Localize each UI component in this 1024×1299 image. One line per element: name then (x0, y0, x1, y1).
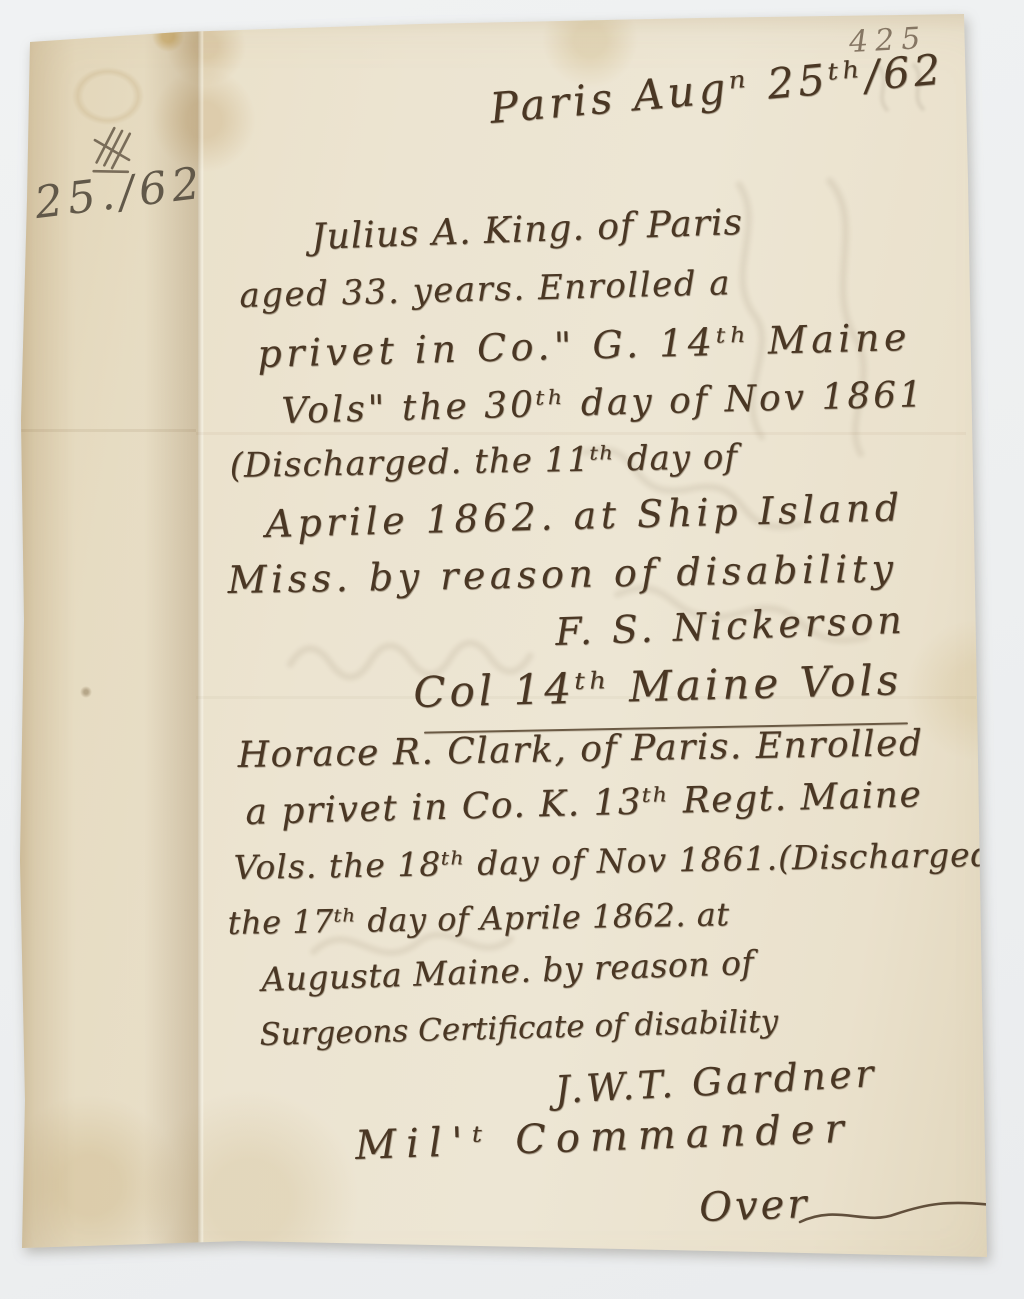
signature-title-col-14th: Col 14ᵗʰ Maine Vols (413, 657, 903, 716)
letter-line: Julius A. King. of Paris (311, 203, 744, 258)
letter-line: the 17ᵗʰ day of Aprile 1862. at (227, 897, 730, 941)
scan-background: 425 y 25./62 Paris Augⁿ 25ᵗʰ/62 Julius A… (0, 0, 1024, 1299)
footer-flourish (798, 1192, 996, 1232)
horizontal-crease-left (20, 429, 196, 432)
footer-over: Over (698, 1182, 810, 1230)
letter-line: a privet in Co. K. 13ᵗʰ Regt. Maine (245, 775, 923, 832)
letter-line: Surgeons Certificate of disability (259, 1004, 778, 1052)
letter-line: Horace R. Clark, of Paris. Enrolled (237, 724, 923, 776)
signature-gardner: J.W.T. Gardner (554, 1053, 878, 1112)
margin-fragment: y (0, 52, 32, 117)
paper-sheet: 425 y 25./62 Paris Augⁿ 25ᵗʰ/62 Julius A… (0, 0, 1024, 1299)
letter-line: Vols. the 18ᵗʰ day of Nov 1861.(Discharg… (233, 837, 993, 887)
letter-line: (Discharged. the 11ᵗʰ day of (229, 439, 738, 485)
document-page: 425 y 25./62 Paris Augⁿ 25ᵗʰ/62 Julius A… (0, 0, 1024, 1299)
letter-line: aged 33. years. Enrolled a (239, 265, 731, 315)
signature-title-commander: Mil'ᵗ Commander (354, 1107, 854, 1168)
